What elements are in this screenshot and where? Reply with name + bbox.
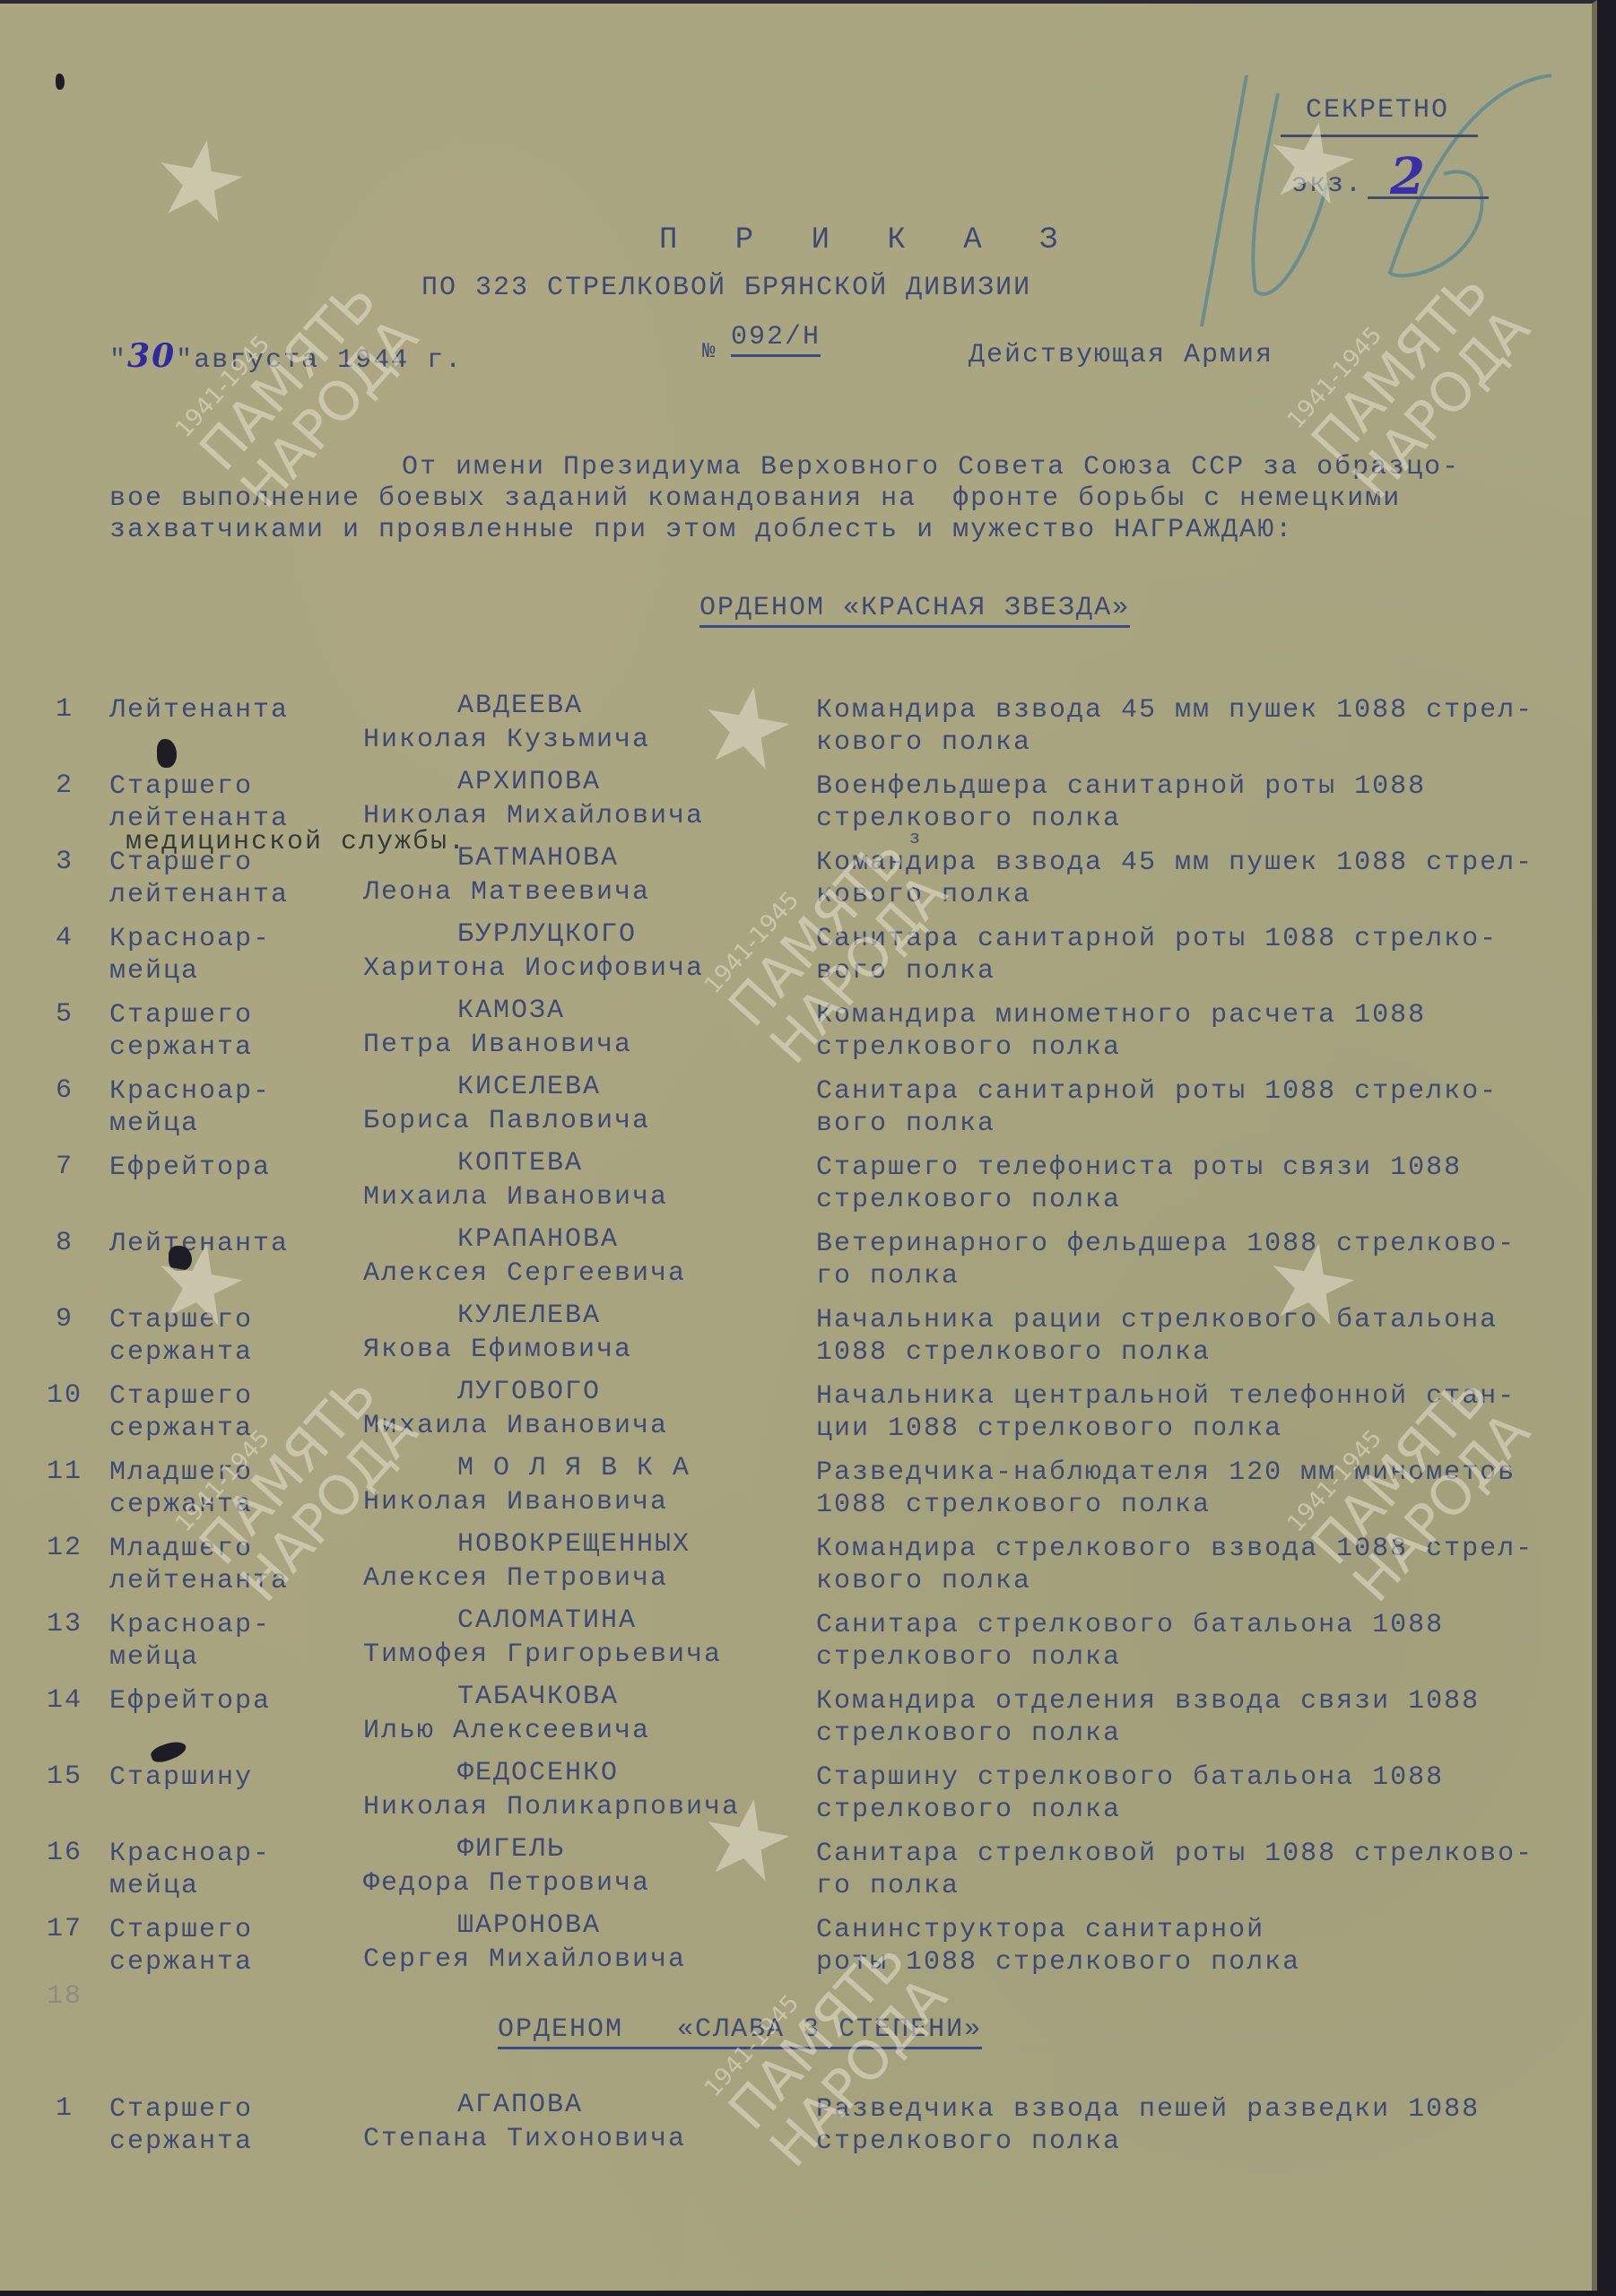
section-heading-glory: ОРДЕНОМ «СЛАВА 3 СТЕПЕНИ» <box>498 2014 982 2049</box>
award-entry: 13Красноар- мейцаСАЛОМАТИНАТимофея Григо… <box>0 1609 1592 1684</box>
preamble-line-1: От имени Президиума Верховного Совета Со… <box>402 452 1460 483</box>
stamp-underline <box>1281 135 1478 137</box>
award-entry: 12Младшего лейтенантаНОВОКРЕЩЕННЫХАлексе… <box>0 1533 1592 1608</box>
overlay-note: медицинской службы. <box>126 827 466 857</box>
order-number: 092/Н <box>731 322 821 357</box>
award-entry: 10Старшего сержантаЛУГОВОГОМихаила Ивано… <box>0 1380 1592 1456</box>
classification-stamp: СЕКРЕТНО <box>1306 95 1449 126</box>
watermark: 1941-1945 ПАМЯТЬ НАРОДА <box>170 254 428 517</box>
page-title: П Р И К А З <box>659 223 1077 257</box>
paper-hole <box>157 739 177 768</box>
award-entry: 3Старшего лейтенантаБАТМАНОВАЛеона Матве… <box>0 847 1592 922</box>
order-date: "30"августа 1944 г. <box>109 337 463 376</box>
award-entry: 7ЕфрейтораКОПТЕВАМихаила ИвановичаСтарше… <box>0 1152 1592 1227</box>
faint-entry-number: 18 <box>47 1981 83 2012</box>
order-number-prefix: № <box>702 340 717 364</box>
paper-hole <box>169 1246 192 1271</box>
award-entry: 4Красноар- мейцаБУРЛУЦКОГОХаритона Иосиф… <box>0 923 1592 998</box>
watermark-line-1: ПАМЯТЬ <box>190 272 386 481</box>
preamble-line-2: вое выполнение боевых заданий командован… <box>109 483 1401 514</box>
award-entry: 9Старшего сержантаКУЛЕЛЕВАЯкова Ефимович… <box>0 1304 1592 1379</box>
award-entry: 15СтаршинуФЕДОСЕНКОНиколая Поликарповича… <box>0 1761 1592 1837</box>
date-day-handwritten: 30 <box>127 337 176 375</box>
copy-underline <box>1368 196 1489 199</box>
award-entry: 1ЛейтенантаАВДЕЕВАНиколая КузьмичаКоманд… <box>0 694 1592 770</box>
award-entry: 17Старшего сержантаШАРОНОВАСергея Михайл… <box>0 1914 1592 1989</box>
page-subtitle: ПО 323 СТРЕЛКОВОЙ БРЯНСКОЙ ДИВИЗИИ <box>421 273 1031 303</box>
award-entry: 14ЕфрейтораТАБАЧКОВАИлью АлексеевичаКома… <box>0 1685 1592 1761</box>
correction-mark: з <box>909 829 922 849</box>
order-location: Действующая Армия <box>969 340 1273 370</box>
award-entry: 5Старшего сержантаКАМОЗАПетра ИвановичаК… <box>0 999 1592 1074</box>
award-entry: 8ЛейтенантаКРАПАНОВААлексея СергеевичаВе… <box>0 1228 1592 1303</box>
watermark-star-icon: ★ <box>143 120 256 243</box>
preamble-line-3: захватчиками и проявленные при этом добл… <box>109 515 1293 545</box>
award-entry: 6Красноар- мейцаКИСЕЛЕВАБориса Павловича… <box>0 1075 1592 1151</box>
section-heading-red-star: ОРДЕНОМ «КРАСНАЯ ЗВЕЗДА» <box>699 593 1130 628</box>
document-page: СЕКРЕТНО экз. 2 П Р И К А З ПО 323 СТРЕЛ… <box>0 0 1597 2291</box>
copy-label: экз. <box>1291 170 1363 200</box>
award-entry: 16Красноар- мейцаФИГЕЛЬФедора ПетровичаС… <box>0 1838 1592 1913</box>
paper-hole <box>56 74 65 90</box>
award-entry: 11Младшего сержантаМ О Л Я В К АНиколая … <box>0 1457 1592 1532</box>
award-entry: 1Старшего сержантаАГАПОВАСтепана Тихонов… <box>0 2093 1592 2169</box>
